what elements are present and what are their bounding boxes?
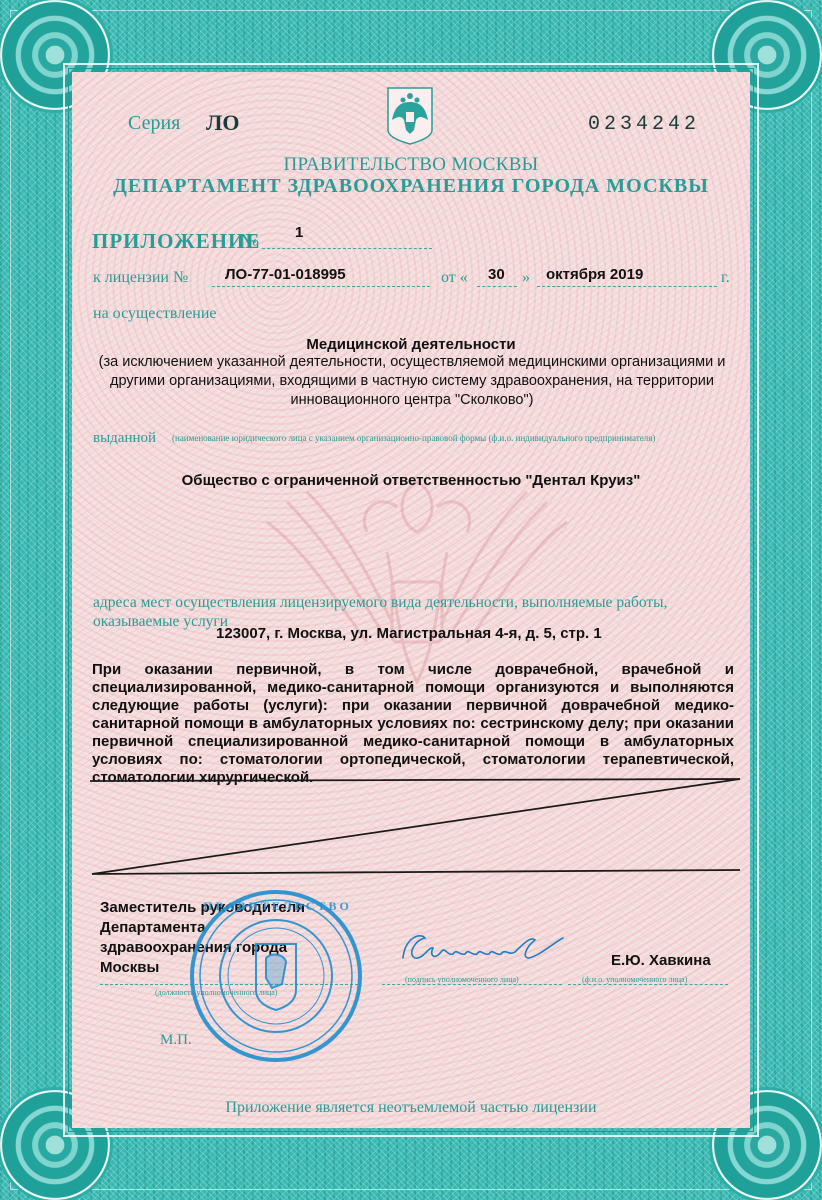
svg-text:П Р А В И Т Е Л Ь С Т В О: П Р А В И Т Е Л Ь С Т В О [203,899,349,913]
issued-to-hint: (наименование юридического лица с указан… [172,433,655,443]
activity-label: на осуществление [93,305,217,323]
handwritten-signature-icon [395,928,570,968]
organization-name: Общество с ограниченной ответственностью… [0,472,822,489]
license-number: ЛО-77-01-018995 [225,266,346,283]
date-close-quote: » [522,269,530,287]
date-day-line [477,286,517,287]
series-label: Серия [128,112,180,135]
name-hint: (ф.и.о. уполномоченного лица) [582,975,687,984]
form-number: 0234242 [588,113,700,136]
license-label: к лицензии № [93,269,188,287]
official-seal-icon: П Р А В И Т Е Л Ь С Т В О [188,888,364,1064]
appendix-number-sign: № [240,231,259,254]
date-day: 30 [488,266,505,283]
footer-note: Приложение является неотъемлемой частью … [0,1099,822,1117]
year-suffix: г. [721,269,730,287]
activity-title: Медицинской деятельности [0,336,822,353]
series-value: ЛО [206,110,240,136]
license-number-line [212,286,430,287]
strike-through-z-line [90,778,742,878]
signer-name: Е.Ю. Хавкина [611,952,711,969]
appendix-label: ПРИЛОЖЕНИЕ [92,229,260,254]
stamp-place-label: М.П. [160,1032,192,1049]
russian-coat-of-arms-icon [386,86,434,146]
signature-hint: (подпись уполномоченного лица) [405,975,519,984]
government-title: ПРАВИТЕЛЬСТВО МОСКВЫ [0,154,822,176]
date-prefix: от « [441,269,468,287]
appendix-number-line [262,248,432,249]
issued-to-label: выданной [93,430,156,447]
appendix-number: 1 [295,224,303,241]
date-month-year: октября 2019 [546,266,643,283]
date-month-line [537,286,717,287]
address-value: 123007, г. Москва, ул. Магистральная 4-я… [216,625,602,642]
activity-description: (за исключением указанной деятельности, … [86,353,738,410]
department-title: ДЕПАРТАМЕНТ ЗДРАВООХРАНЕНИЯ ГОРОДА МОСКВ… [0,175,822,198]
signature-line [382,984,562,985]
services-text: При оказании первичной, в том числе довр… [92,661,734,787]
name-line [568,984,728,985]
